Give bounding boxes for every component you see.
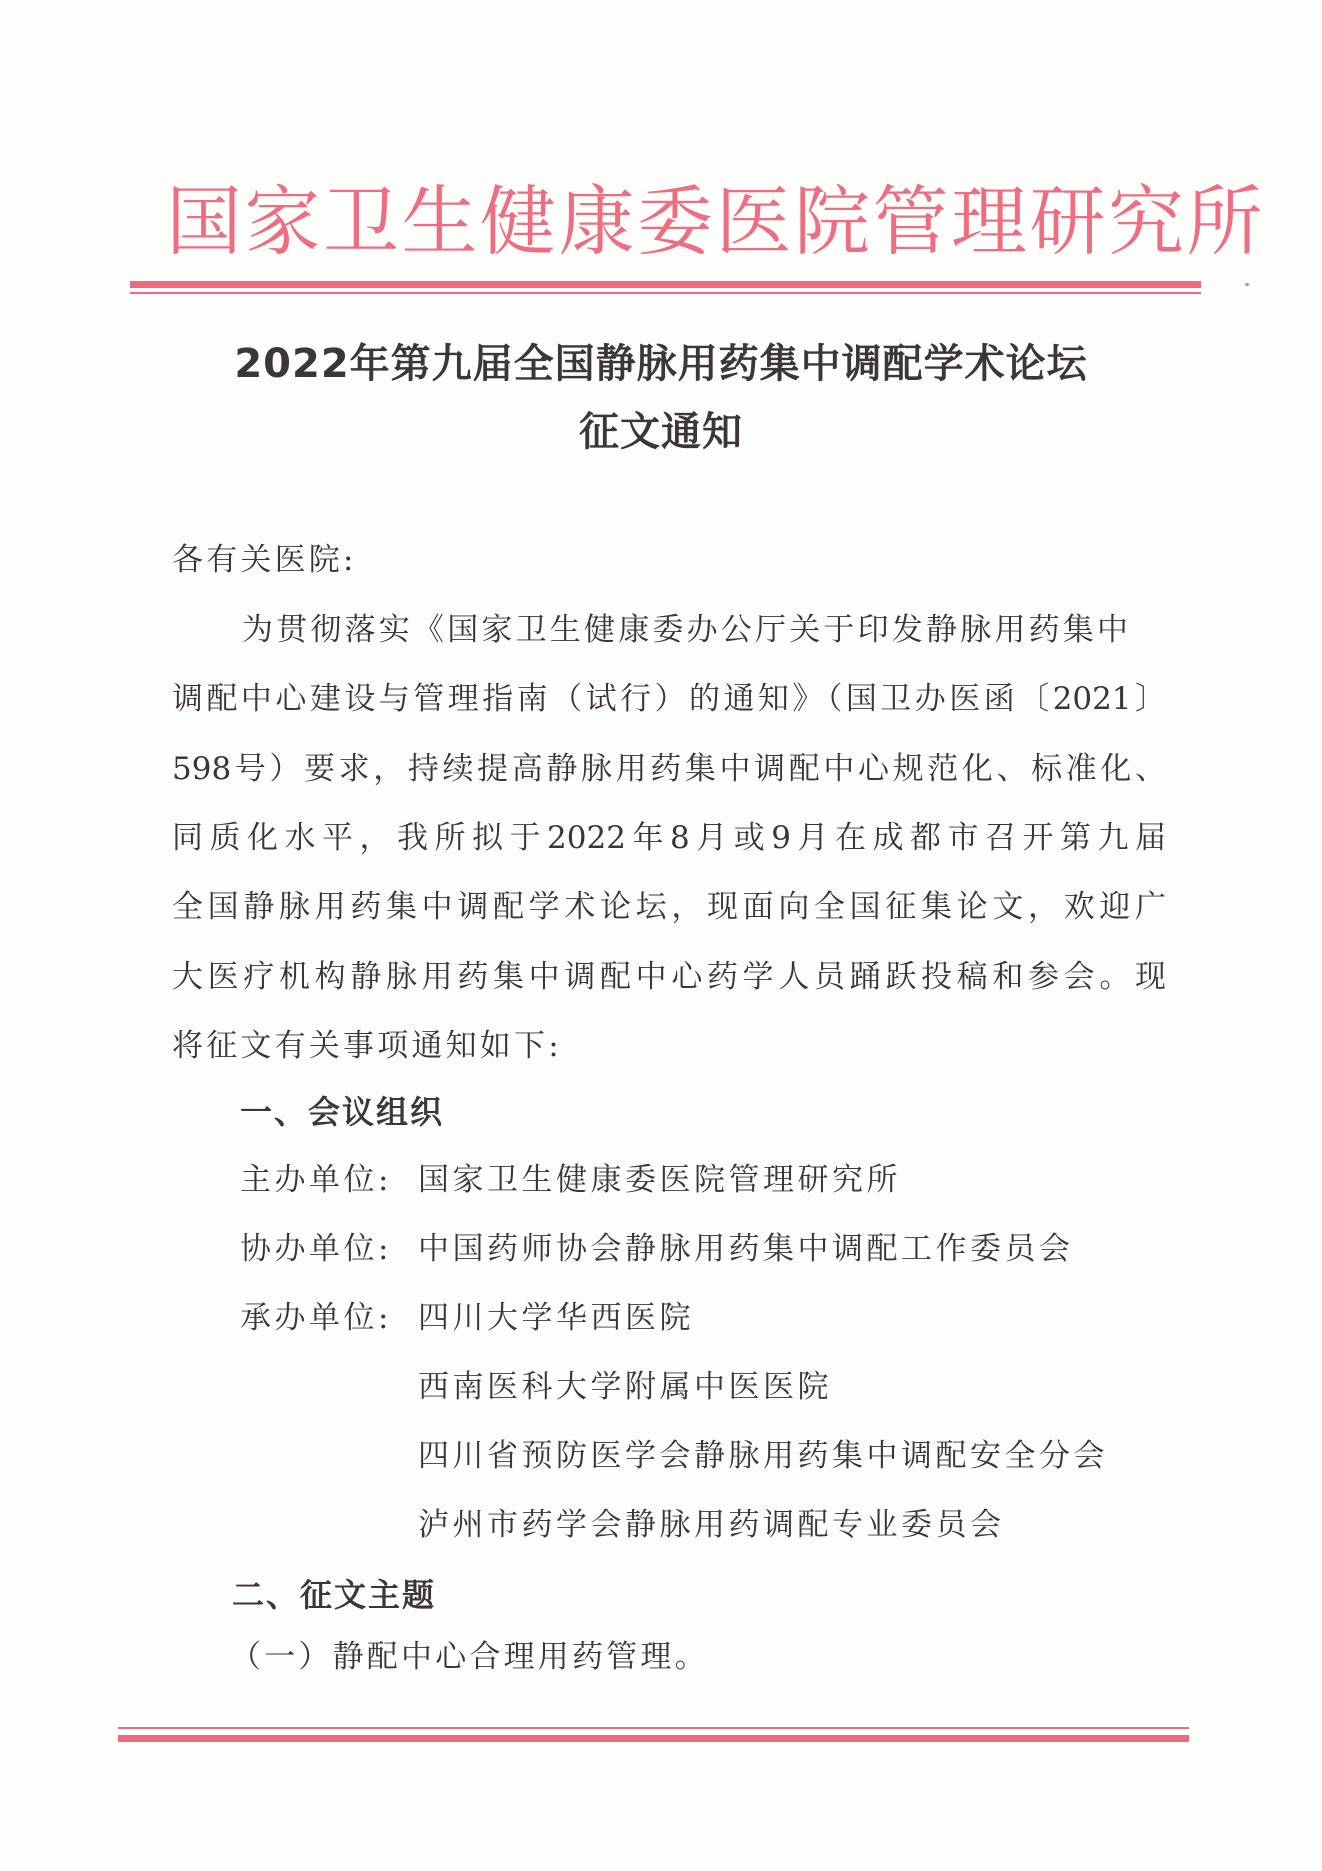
section-heading-organization: 一、会议组织 (240, 1092, 444, 1132)
salutation: 各有关医院: (172, 540, 357, 580)
organizer-undertaker-label: 承办单位: (240, 1298, 392, 1338)
footer-thick-rule (118, 1735, 1189, 1742)
organizer-undertaker-value-4: 泸州市药学会静脉用药调配专业委员会 (418, 1505, 1005, 1545)
body-line-3: 598号）要求，持续提高静脉用药集中调配中心规范化、标准化、 (172, 749, 1166, 789)
body-line-7: 将征文有关事项通知如下: (172, 1026, 562, 1066)
organizer-undertaker-value-3: 四川省预防医学会静脉用药集中调配安全分会 (418, 1436, 1108, 1476)
document-title-line-1: 2022年第九届全国静脉用药集中调配学术论坛 (0, 332, 1322, 389)
letterhead-thick-rule (130, 281, 1201, 288)
body-line-2: 调配中心建设与管理指南（试行）的通知》（国卫办医函〔2021〕 (172, 679, 1166, 719)
organizer-undertaker-value-1: 四川大学华西医院 (418, 1298, 694, 1338)
organizer-host-value: 国家卫生健康委医院管理研究所 (418, 1160, 901, 1200)
body-line-6: 大医疗机构静脉用药集中调配中心药学人员踊跃投稿和参会。现 (172, 957, 1166, 997)
footer-thin-rule (118, 1727, 1189, 1729)
document-title-line-2: 征文通知 (0, 400, 1322, 457)
section-heading-theme: 二、征文主题 (232, 1575, 436, 1615)
theme-item-1: （一）静配中心合理用药管理。 (230, 1637, 709, 1677)
scan-speck (1245, 283, 1249, 286)
organizer-cohost-value: 中国药师协会静脉用药集中调配工作委员会 (418, 1229, 1074, 1269)
letterhead-thin-rule (130, 292, 1201, 294)
organizer-host-label: 主办单位: (240, 1160, 392, 1200)
organizer-cohost-label: 协办单位: (240, 1229, 392, 1269)
body-line-4: 同质化水平，我所拟于2022年8月或9月在成都市召开第九届 (172, 818, 1166, 858)
body-line-5: 全国静脉用药集中调配学术论坛，现面向全国征集论文，欢迎广 (172, 887, 1166, 927)
body-line-1: 为贯彻落实《国家卫生健康委办公厅关于印发静脉用药集中 (242, 610, 1131, 650)
letterhead-organization-name: 国家卫生健康委医院管理研究所 (166, 176, 1176, 268)
organizer-undertaker-value-2: 西南医科大学附属中医医院 (418, 1367, 832, 1407)
